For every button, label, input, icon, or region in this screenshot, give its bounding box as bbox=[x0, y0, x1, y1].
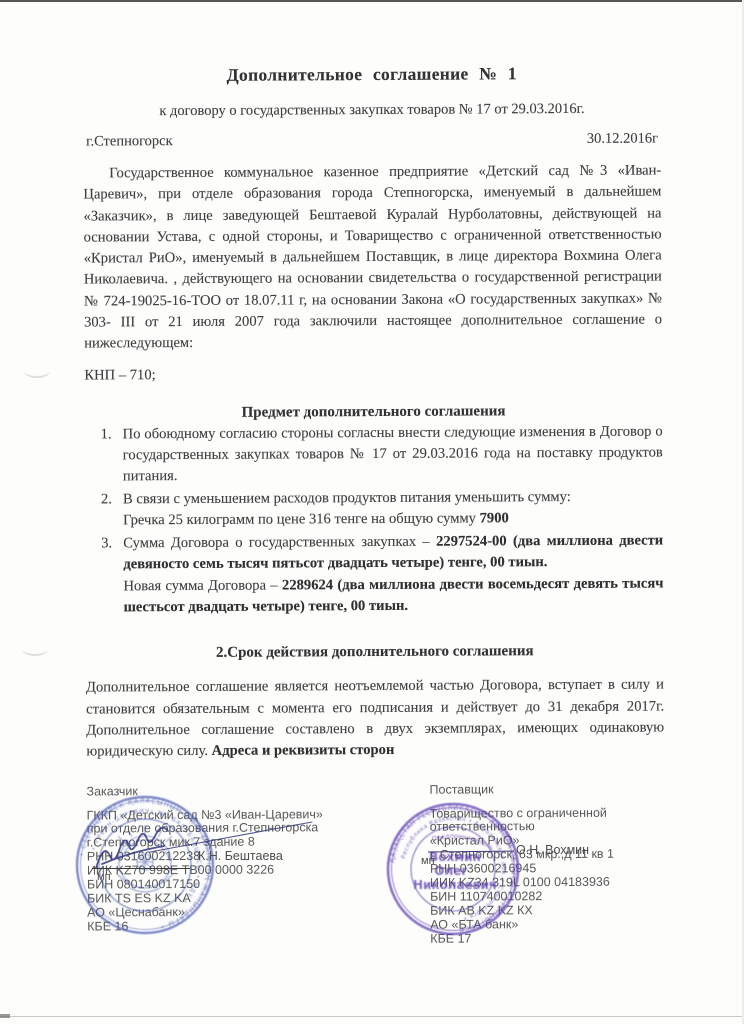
scanned-document-page: Дополнительное соглашение № 1 к договору… bbox=[0, 0, 744, 1024]
hole-punch-bottom bbox=[22, 642, 48, 656]
customer-seal-note: мп bbox=[97, 871, 111, 883]
knp-code-line: КНП – 710; bbox=[84, 364, 662, 384]
section2-bold-text: Адреса и реквизиты сторон bbox=[212, 742, 395, 759]
hole-punch-top bbox=[24, 364, 50, 378]
list-item-3-text: Сумма Договора о государственных закупка… bbox=[123, 530, 663, 618]
customer-signer-name: К.Н. Бештаева bbox=[198, 849, 283, 863]
supplier-signer-name: О.Н. Вохмин bbox=[516, 843, 589, 857]
city-date-row: г.Степногорск 30.12.2016г bbox=[83, 130, 661, 150]
list-item-2-number: 2. bbox=[101, 489, 123, 511]
list-item-1-number: 1. bbox=[101, 424, 123, 446]
list-item-3-lead2: Новая сумма Договора – bbox=[123, 577, 282, 594]
date-label: 30.12.2016г bbox=[587, 131, 658, 148]
list-item-2-line2: Гречка 25 килограмм по цене 316 тенге на… bbox=[123, 511, 480, 529]
scan-edge-top bbox=[0, 0, 744, 2]
list-item-3-number: 3. bbox=[101, 533, 123, 555]
section2-heading: 2.Срок действия дополнительного соглашен… bbox=[86, 643, 664, 663]
stamp-center-name: Олег bbox=[434, 864, 467, 878]
list-item-2-text: В связи с уменьшением расходов продуктов… bbox=[123, 486, 663, 532]
city-label: г.Степногорск bbox=[86, 133, 173, 150]
document-subtitle: к договору о государственных закупках то… bbox=[83, 100, 661, 120]
list-item-1-text: По обоюдному согласию стороны согласны в… bbox=[123, 421, 663, 488]
list-item-2-line1: В связи с уменьшением расходов продуктов… bbox=[123, 489, 571, 507]
list-item-2-sum: 7900 bbox=[480, 511, 509, 527]
customer-signature-line bbox=[92, 868, 190, 869]
list-item-1: 1. По обоюдному согласию стороны согласн… bbox=[101, 421, 663, 488]
section2-paragraph: Дополнительное соглашение является неотъ… bbox=[86, 675, 664, 763]
document-title: Дополнительное соглашение № 1 bbox=[83, 62, 661, 86]
section1-list: 1. По обоюдному согласию стороны согласн… bbox=[101, 421, 664, 619]
stamp-center-name: Николаевич bbox=[413, 878, 497, 892]
customer-signature bbox=[88, 806, 318, 886]
supplier-round-stamp: ҚАЗАҚСТАН РЕСПУБЛИКАСЫ • АҚМОЛА ОБЛЫСЫ •… bbox=[383, 799, 523, 939]
preamble-paragraph: Государственное коммунальное казенное пр… bbox=[83, 160, 662, 355]
scan-edge-bottom bbox=[0, 1016, 744, 1017]
scan-edge-corner-mark bbox=[0, 1014, 10, 1018]
supplier-seal-note: мп bbox=[421, 855, 435, 867]
list-item-3: 3. Сумма Договора о государственных заку… bbox=[101, 530, 663, 619]
supplier-label: Поставщик bbox=[429, 781, 664, 796]
section1-heading: Предмет дополнительного соглашения bbox=[84, 402, 662, 422]
list-item-2: 2. В связи с уменьшением расходов продук… bbox=[101, 486, 663, 532]
list-item-3-lead: Сумма Договора о государственных закупка… bbox=[123, 533, 436, 551]
